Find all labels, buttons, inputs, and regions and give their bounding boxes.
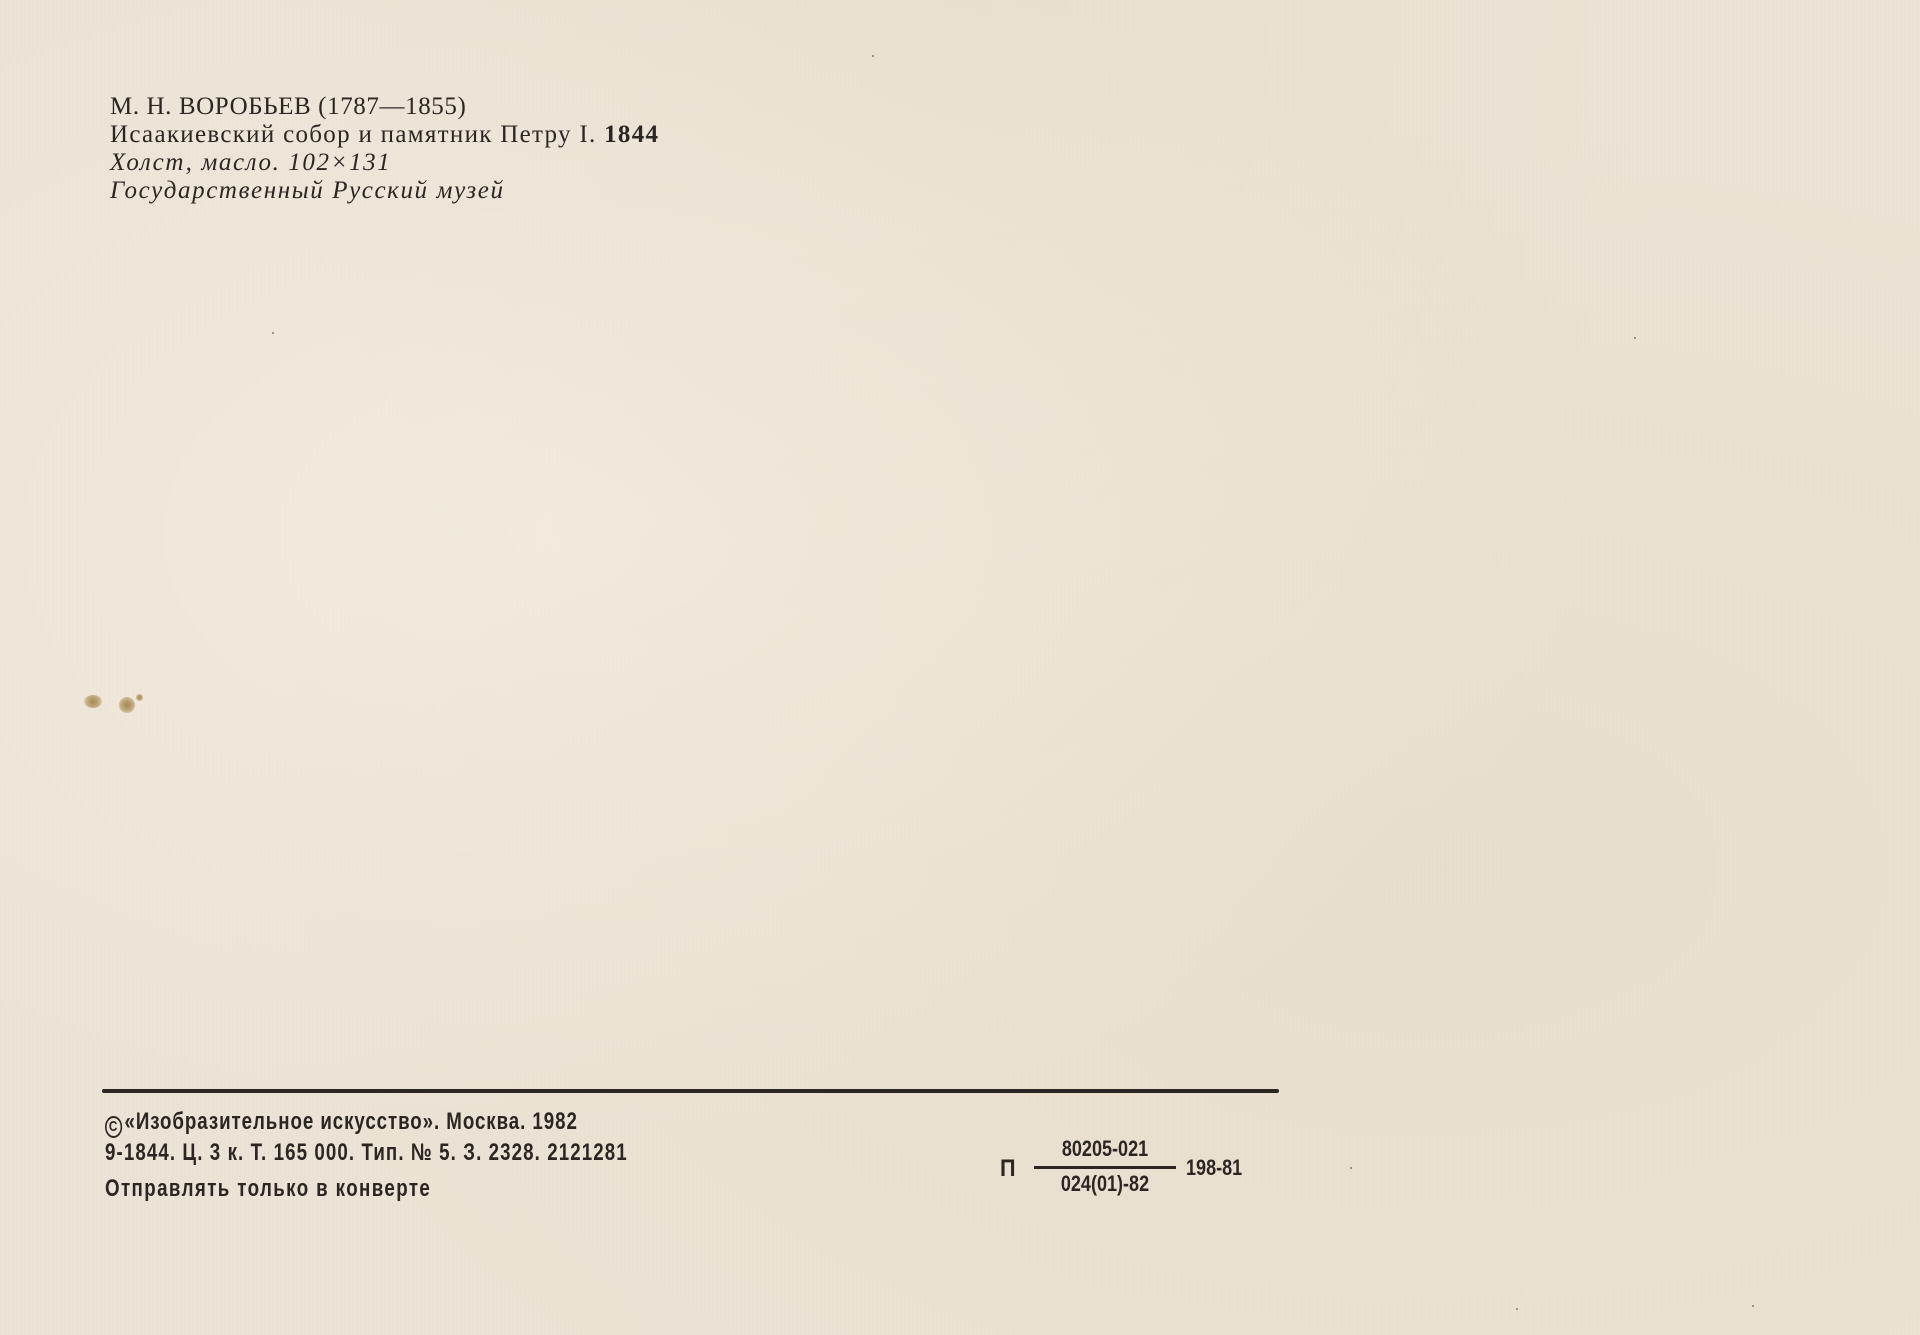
stain-mark bbox=[84, 695, 102, 708]
paper-speck bbox=[1350, 1167, 1352, 1169]
stain-mark bbox=[119, 697, 135, 713]
price-index-numerator: 80205-021 bbox=[1045, 1136, 1165, 1162]
artwork-caption: М. Н. ВОРОБЬЕВ (1787—1855) Исаакиевский … bbox=[110, 93, 659, 205]
artwork-title-text: Исаакиевский собор и памятник Петру I. bbox=[110, 121, 597, 148]
museum-name: Государственный Русский музей bbox=[110, 177, 659, 205]
artist-name: М. Н. ВОРОБЬЕВ (1787—1855) bbox=[110, 93, 659, 121]
mailing-note: Отправлять только в конверте bbox=[105, 1174, 628, 1204]
paper-speck bbox=[1516, 1308, 1518, 1310]
price-index-prefix: П bbox=[1000, 1155, 1016, 1183]
paper-speck bbox=[1752, 1305, 1754, 1307]
divider-rule bbox=[102, 1089, 1279, 1093]
publisher-text: «Изобразительное искусство». Москва. 198… bbox=[125, 1108, 578, 1135]
paper-speck bbox=[272, 332, 274, 334]
artwork-medium: Холст, масло. 102×131 bbox=[110, 149, 659, 177]
stain-mark bbox=[136, 694, 143, 701]
paper-speck bbox=[1634, 337, 1636, 339]
publisher-line: C«Изобразительное искусство». Москва. 19… bbox=[105, 1108, 628, 1138]
print-details: 9-1844. Ц. 3 к. Т. 165 000. Тип. № 5. З.… bbox=[105, 1138, 628, 1174]
copyright-icon: C bbox=[105, 1116, 122, 1138]
price-index-suffix: 198-81 bbox=[1186, 1155, 1242, 1181]
fraction-bar bbox=[1034, 1166, 1176, 1169]
price-index-denominator: 024(01)-82 bbox=[1045, 1171, 1165, 1197]
artwork-year: 1844 bbox=[604, 121, 659, 148]
postcard-back: М. Н. ВОРОБЬЕВ (1787—1855) Исаакиевский … bbox=[0, 0, 1920, 1335]
artwork-title: Исаакиевский собор и памятник Петру I. 1… bbox=[110, 121, 659, 149]
publisher-imprint: C«Изобразительное искусство». Москва. 19… bbox=[105, 1108, 775, 1204]
paper-speck bbox=[872, 55, 874, 57]
